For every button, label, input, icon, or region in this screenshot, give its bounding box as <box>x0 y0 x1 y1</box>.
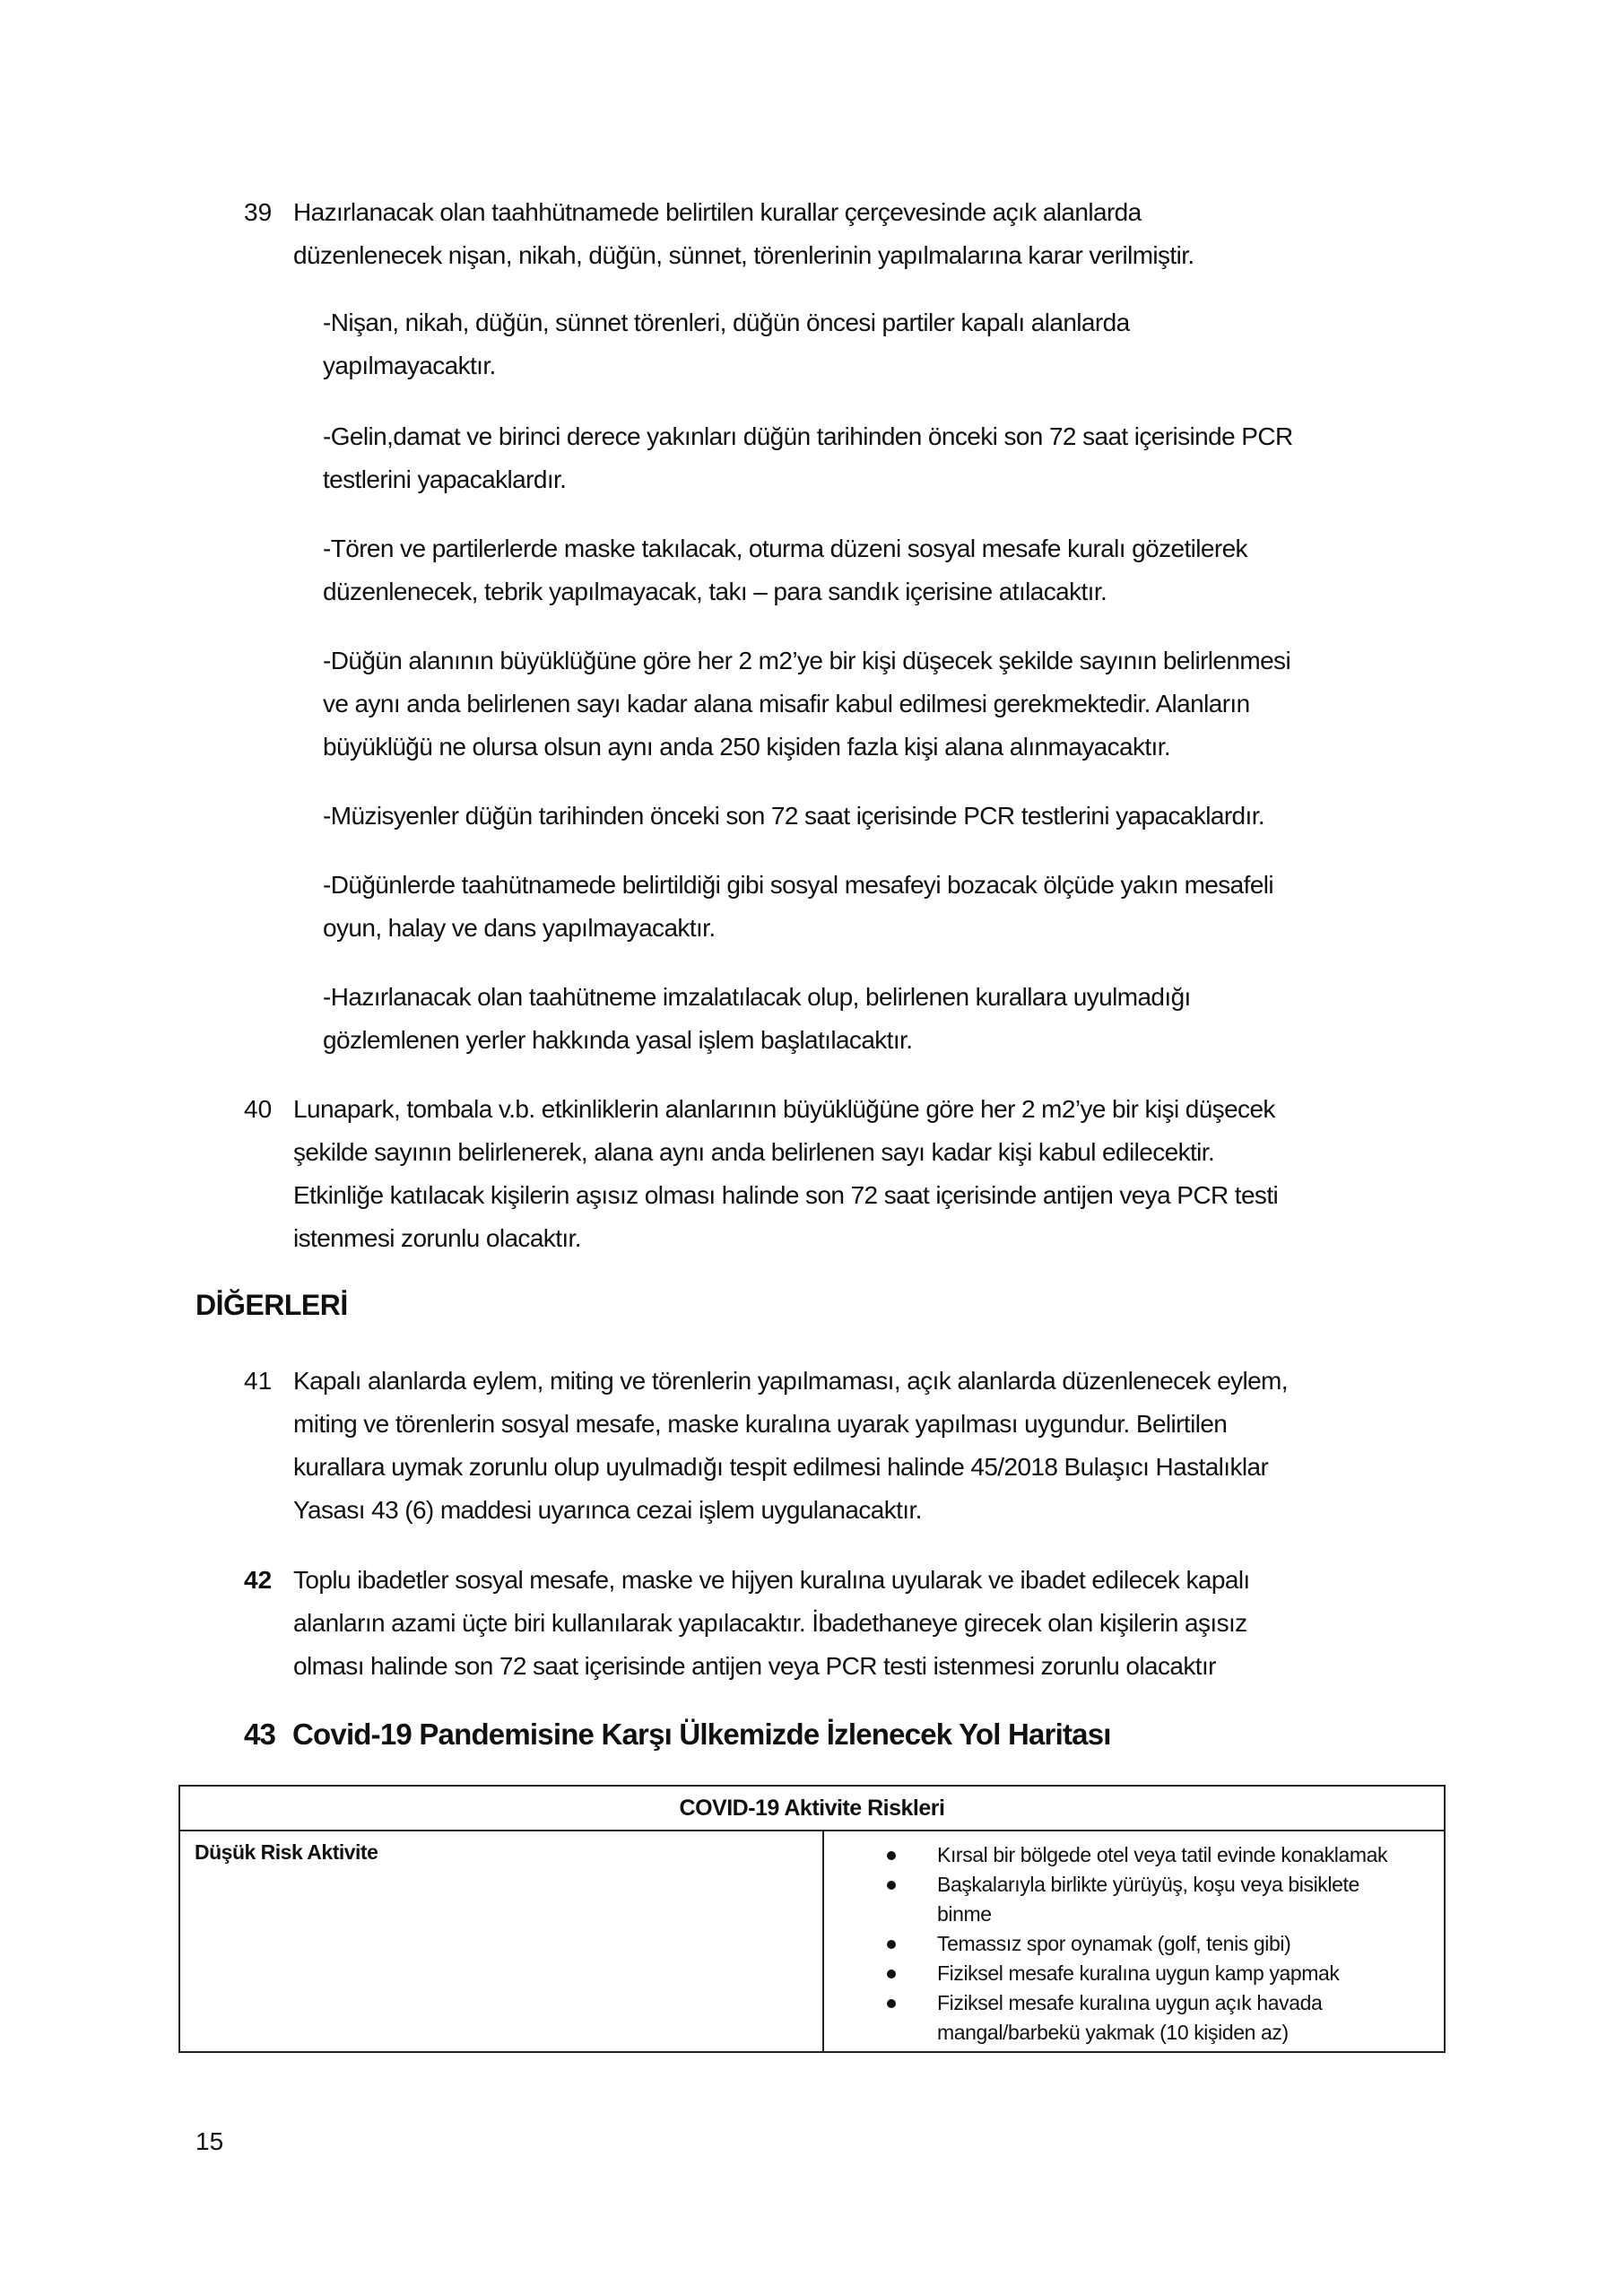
item-41-line-1: Kapalı alanlarda eylem, miting ve törenl… <box>293 1366 1288 1396</box>
subitem-4-line-2: ve aynı anda belirlenen sayı kadar alana… <box>323 689 1250 719</box>
item-42-line-2: alanların azami üçte biri kullanılarak y… <box>293 1608 1247 1639</box>
item-39-line-2: düzenlenecek nişan, nikah, düğün, sünnet… <box>293 240 1194 271</box>
subitem-3-line-1: -Tören ve partilerlerde maske takılacak,… <box>323 534 1247 564</box>
risk-activity-list: Kırsal bir bölgede otel veya tatil evind… <box>823 1831 1445 2052</box>
item-40-line-4: istenmesi zorunlu olacaktır. <box>293 1223 581 1254</box>
item-43-title: Covid-19 Pandemisine Karşı Ülkemizde İzl… <box>292 1718 1111 1751</box>
item-42-line-3: olması halinde son 72 saat içerisinde an… <box>293 1651 1216 1682</box>
item-39-line-1: Hazırlanacak olan taahhütnamede belirtil… <box>293 197 1142 228</box>
subitem-2-line-1: -Gelin,damat ve birinci derece yakınları… <box>323 422 1293 452</box>
item-43-heading: 43Covid-19 Pandemisine Karşı Ülkemizde İ… <box>244 1717 1111 1752</box>
item-41-line-2: miting ve törenlerin sosyal mesafe, mask… <box>293 1409 1227 1439</box>
subitem-6-line-2: oyun, halay ve dans yapılmayacaktır. <box>323 913 716 944</box>
bullet-icon <box>887 1881 896 1890</box>
bullet-icon <box>887 1970 896 1979</box>
risk-level-label: Düşük Risk Aktivite <box>179 1831 823 2052</box>
bullet-icon <box>887 1940 896 1949</box>
item-41-line-4: Yasası 43 (6) maddesi uyarınca cezai işl… <box>293 1495 922 1526</box>
subitem-6-line-1: -Düğünlerde taahütnamede belirtildiği gi… <box>323 870 1273 900</box>
list-item: Temassız spor oynamak (golf, tenis gibi) <box>824 1929 1444 1959</box>
section-title-digerleri: DİĞERLERİ <box>195 1288 348 1322</box>
page-number: 15 <box>195 2127 223 2156</box>
bullet-icon <box>887 1999 896 2008</box>
item-40-line-1: Lunapark, tombala v.b. etkinliklerin ala… <box>293 1094 1275 1125</box>
subitem-7-line-1: -Hazırlanacak olan taahütneme imzalatıla… <box>323 982 1191 1013</box>
subitem-7-line-2: gözlemlenen yerler hakkında yasal işlem … <box>323 1025 912 1056</box>
item-number-43: 43 <box>244 1717 292 1752</box>
covid-activity-risk-table: COVID-19 Aktivite Riskleri Düşük Risk Ak… <box>178 1785 1446 2053</box>
subitem-5-line-1: -Müzisyenler düğün tarihinden önceki son… <box>323 801 1264 831</box>
item-number-42: 42 <box>244 1565 272 1596</box>
item-41-line-3: kurallara uymak zorunlu olup uyulmadığı … <box>293 1452 1268 1483</box>
list-item: Başkalarıyla birlikte yürüyüş, koşu veya… <box>824 1870 1444 1929</box>
table-row: Düşük Risk Aktivite Kırsal bir bölgede o… <box>179 1831 1445 2052</box>
table-header: COVID-19 Aktivite Riskleri <box>179 1786 1445 1831</box>
list-item: Fiziksel mesafe kuralına uygun kamp yapm… <box>824 1959 1444 1988</box>
activity-bullet-list: Kırsal bir bölgede otel veya tatil evind… <box>824 1831 1444 2051</box>
bullet-icon <box>887 1851 896 1860</box>
item-42-line-1: Toplu ibadetler sosyal mesafe, maske ve … <box>293 1565 1250 1596</box>
item-40-line-3: Etkinliğe katılacak kişilerin aşısız olm… <box>293 1180 1278 1211</box>
item-40-line-2: şekilde sayının belirlenerek, alana aynı… <box>293 1137 1214 1168</box>
subitem-1-line-1: -Nişan, nikah, düğün, sünnet törenleri, … <box>323 308 1130 338</box>
subitem-4-line-3: büyüklüğü ne olursa olsun aynı anda 250 … <box>323 732 1170 762</box>
item-number-40: 40 <box>244 1094 272 1125</box>
subitem-1-line-2: yapılmayacaktır. <box>323 351 496 381</box>
item-number-39: 39 <box>244 197 272 228</box>
subitem-4-line-1: -Düğün alanının büyüklüğüne göre her 2 m… <box>323 646 1290 676</box>
list-item: Kırsal bir bölgede otel veya tatil evind… <box>824 1840 1444 1870</box>
list-item: Fiziksel mesafe kuralına uygun açık hava… <box>824 1988 1444 2048</box>
subitem-2-line-2: testlerini yapacaklardır. <box>323 465 566 495</box>
subitem-3-line-2: düzenlenecek, tebrik yapılmayacak, takı … <box>323 577 1107 607</box>
item-number-41: 41 <box>244 1366 272 1396</box>
document-page: 39 Hazırlanacak olan taahhütnamede belir… <box>0 0 1624 2296</box>
